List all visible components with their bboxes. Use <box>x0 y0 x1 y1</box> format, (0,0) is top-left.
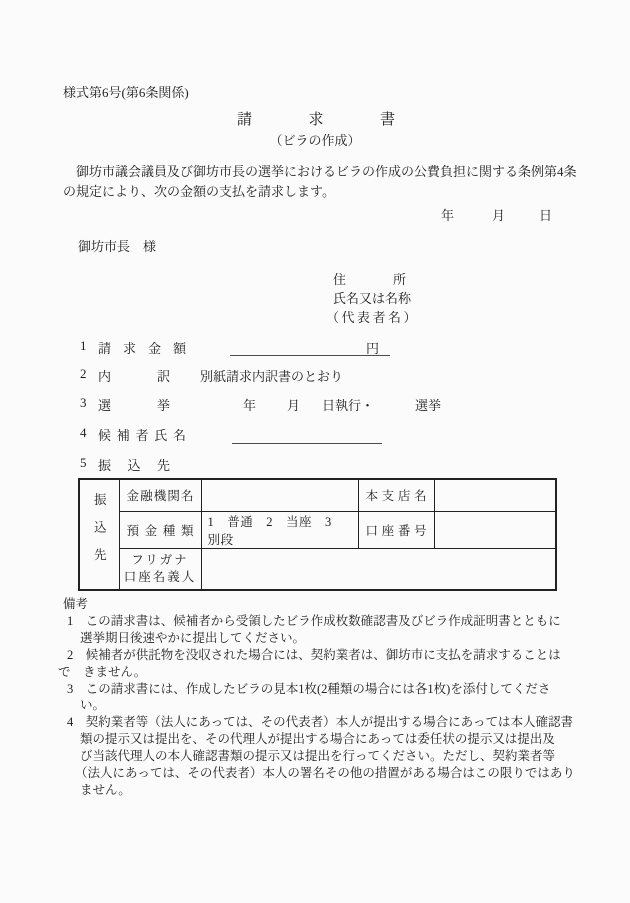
financial-institution-label: 金融機関名 <box>119 479 201 511</box>
account-number-value-cell <box>434 511 556 548</box>
note-line: 2 候補者が供託物を没収された場合には、契約業者は、御坊市に支払を請求することは <box>0 647 630 664</box>
claim-amount-field: 円 <box>230 338 390 356</box>
account-holder-value-cell <box>201 548 556 590</box>
account-holder-label-cell: フリガナ 口座名義人 <box>119 548 201 590</box>
election-year-label: 年 <box>243 395 256 414</box>
table-row-header-cell: 振込先 <box>79 479 119 590</box>
item-label: 請求金額 <box>98 338 186 357</box>
addressee: 御坊市長 様 <box>78 236 156 255</box>
account-holder-label: 口座名義人 <box>120 569 201 586</box>
date-month-label: 月 <box>492 205 505 224</box>
note-line: 選挙期日後速やかに提出してください。 <box>0 630 630 647</box>
date-day-label: 日 <box>539 205 552 224</box>
form-number: 様式第6号(第6条関係) <box>63 82 189 101</box>
body-paragraph-line2: の規定により、次の金額の支払を請求します。 <box>63 181 335 200</box>
item-number: 5 <box>80 455 87 471</box>
notes-title: 備考 <box>0 596 630 613</box>
note-line: 3 この請求書には、作成したビラの見本1枚(2種類の場合には各1枚)を添付してく… <box>0 681 630 698</box>
invoice-form-page: 様式第6号(第6条関係) 請求書 （ビラの作成） 御坊市議会議員及び御坊市長の選… <box>0 0 630 903</box>
item-label: 振込先 <box>98 455 170 474</box>
item-label: 候補者氏名 <box>98 425 186 444</box>
notes-section: 備考 1 この請求書は、候補者から受領したビラ作成枚数確認書及びビラ作成証明書と… <box>0 596 630 799</box>
address-label: 住所 <box>333 269 406 288</box>
election-executed-label: 日執行・ <box>322 395 374 414</box>
note-line: で きません。 <box>0 664 630 681</box>
candidate-name-field <box>232 425 382 444</box>
financial-institution-value-cell <box>201 479 358 511</box>
note-line: 1 この請求書は、候補者から受領したビラ作成枚数確認書及びビラ作成証明書とともに <box>0 613 630 630</box>
note-line: 4 契約業者等（法人にあっては、その代表者）本人が提出する場合にあっては本人確認… <box>0 714 630 731</box>
item-label: 選挙 <box>98 395 170 414</box>
account-type-options: 1 普通 2 当座 3 別段 <box>201 511 358 548</box>
account-number-label: 口座番号 <box>358 511 434 548</box>
furigana-label: フリガナ <box>120 552 201 569</box>
item-label: 内訳 <box>98 366 170 385</box>
item-number: 1 <box>80 338 87 354</box>
yen-unit-label: 円 <box>366 341 379 356</box>
transfer-destination-vertical-label: 振込先 <box>90 493 108 576</box>
election-month-label: 月 <box>287 395 300 414</box>
note-line: （法人にあっては、その代表者）本人の署名その他の措置がある場合はこの限りではあり <box>0 765 630 782</box>
item-number: 3 <box>80 395 87 411</box>
body-paragraph-line1: 御坊市議会議員及び御坊市長の選挙におけるビラの作成の公費負担に関する条例第4条 <box>63 161 577 180</box>
item-number: 2 <box>80 366 87 382</box>
note-line: 類の提示又は提出を、その代理人が提出する場合にあっては委任状の提示又は提出及 <box>0 731 630 748</box>
election-suffix-label: 選挙 <box>415 395 441 414</box>
representative-name-label: （代表者名） <box>326 307 419 326</box>
note-line: い。 <box>0 697 630 714</box>
branch-name-label: 本支店名 <box>358 479 434 511</box>
document-title: 請求書 <box>237 108 395 129</box>
account-type-label: 預金種類 <box>119 511 201 548</box>
branch-name-value-cell <box>434 479 556 511</box>
note-line: ません。 <box>0 782 630 799</box>
note-line: び当該代理人の本人確認書類の提示又は提出を行ってください。ただし、契約業者等 <box>0 748 630 765</box>
bank-transfer-table: 振込先 金融機関名 本支店名 預金種類 1 普通 2 当座 3 別段 口座番号 … <box>78 478 557 591</box>
date-year-label: 年 <box>441 205 454 224</box>
name-or-title-label: 氏名又は名称 <box>333 288 411 307</box>
item-number: 4 <box>80 425 87 441</box>
document-subtitle: （ビラの作成） <box>0 130 630 149</box>
breakdown-value: 別紙請求内訳書のとおり <box>200 366 343 385</box>
